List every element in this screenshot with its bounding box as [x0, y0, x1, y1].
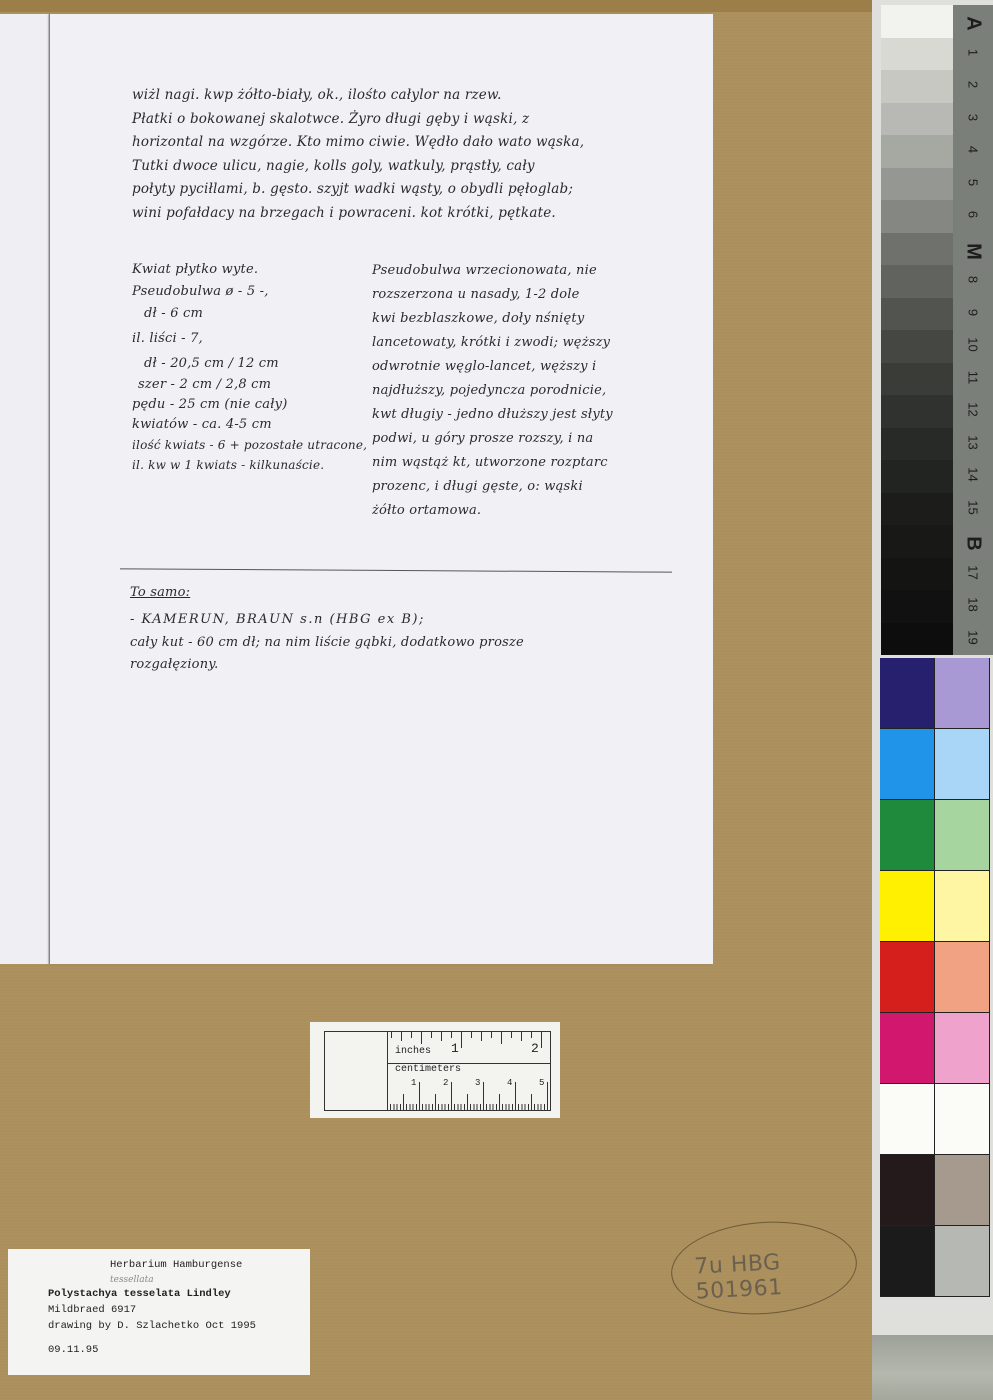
patch-row [880, 729, 990, 800]
inches-label: inches [395, 1046, 431, 1057]
patch-row [880, 800, 990, 871]
color-patch [880, 1226, 935, 1296]
note-line: odwrotnie węglo-lancet, węższy i [372, 355, 613, 379]
note-line: najdłuższy, pojedyncza porodnicie, [372, 379, 613, 403]
board-top-edge [0, 0, 872, 12]
note-line: lancetowaty, krótki i zwodi; węższy [372, 331, 613, 355]
note-line: Płatki o bokowanej skalotwce. Żyro długi… [132, 108, 584, 132]
separator-line [120, 568, 672, 572]
note-line: dł - 20,5 cm / 12 cm [132, 353, 367, 375]
institution-name: Herbarium Hamburgense [110, 1259, 242, 1271]
note-line: podwi, u góry prosze rozszy, i na [372, 427, 613, 451]
color-patch [880, 871, 935, 941]
gray-step [881, 395, 953, 428]
gray-step [881, 363, 953, 396]
ruler-blank-area [325, 1032, 388, 1110]
color-patch [935, 729, 990, 799]
color-patch [935, 1226, 990, 1296]
note-line: Kwiat płytko wyte. [132, 259, 367, 281]
color-calibration-target: A123456M89101112131415B171819 [872, 0, 993, 1400]
note-line: połyty pyciłlami, b. gęsto. szyjt wadki … [132, 178, 584, 202]
gray-step [881, 623, 953, 656]
note-line: ilość kwiats - 6 + pozostałe utracone, [132, 435, 367, 455]
scale-mark: 19 [966, 617, 981, 657]
gray-scale-labels: A123456M89101112131415B171819 [953, 5, 993, 655]
notes-left-column: Kwiat płytko wyte. Pseudobulwa ø - 5 -, … [132, 259, 367, 475]
scale-mark: 15 [966, 487, 981, 527]
gray-step [881, 38, 953, 71]
patch-row [880, 871, 990, 942]
note-line: rozgałęziony. [130, 654, 524, 676]
color-patches [880, 658, 990, 1297]
gray-scale-steps [881, 5, 953, 655]
note-line: kwt długiy - jedno dłuższy jest słyty [372, 403, 613, 427]
color-patch [935, 871, 990, 941]
gray-step [881, 493, 953, 526]
note-line: nim wąstąż kt, utworzone rozptarc [372, 451, 613, 475]
color-patch [935, 800, 990, 870]
ruler-frame: inches 1 2 centimeters 1 2 3 [324, 1031, 551, 1111]
color-patch [880, 1084, 935, 1154]
taxon-name: Polystachya tesselata Lindley [48, 1288, 231, 1300]
drawing-credit: drawing by D. Szlachetko Oct 1995 [48, 1320, 256, 1332]
note-line: wini pofałdacy na brzegach i powraceni. … [132, 202, 584, 226]
scale-ruler: inches 1 2 centimeters 1 2 3 [310, 1022, 560, 1118]
gray-step [881, 460, 953, 493]
note-line: żółto ortamowa. [372, 499, 613, 523]
cm-number: 4 [507, 1078, 512, 1088]
centimeters-label: centimeters [395, 1064, 461, 1075]
barcode-number: 7u HBG 501961 [694, 1245, 873, 1304]
color-patch [880, 1013, 935, 1083]
gray-step [881, 168, 953, 201]
color-patch [880, 658, 935, 728]
patch-row [880, 1013, 990, 1084]
note-line: szer - 2 cm / 2,8 cm [132, 375, 367, 395]
ruler-scale: inches 1 2 centimeters 1 2 3 [387, 1032, 550, 1110]
gray-step [881, 265, 953, 298]
color-patch [935, 1155, 990, 1225]
patch-row [880, 942, 990, 1013]
color-patch [880, 1155, 935, 1225]
note-line: wiżl nagi. kwp żółto-biały, ok., ilośto … [132, 84, 584, 108]
specimen-label: Herbarium Hamburgense tessellata Polysta… [8, 1249, 310, 1375]
note-line: kwiatów - ca. 4-5 cm [132, 415, 367, 435]
note-line: kwi bezblaszkowe, doły nśnięty [372, 307, 613, 331]
label-date: 09.11.95 [48, 1344, 98, 1356]
note-line: Pseudobulwa ø - 5 -, [132, 281, 367, 303]
gray-step [881, 233, 953, 266]
notes-same-section: To samo: - KAMERUN, BRAUN s.n (HBG ex B)… [130, 578, 524, 676]
gray-step [881, 590, 953, 623]
notes-right-column: Pseudobulwa wrzecionowata, nie rozszerzo… [372, 259, 613, 523]
notes-sheet: wiżl nagi. kwp żółto-biały, ok., ilośto … [50, 14, 713, 964]
inch-number: 1 [451, 1041, 459, 1056]
cm-number: 5 [539, 1078, 544, 1088]
color-patch [880, 729, 935, 799]
note-line: rozszerzona u nasady, 1-2 dole [372, 283, 613, 307]
patch-row [880, 1155, 990, 1226]
patch-row [880, 658, 990, 729]
gray-step [881, 428, 953, 461]
handwritten-annotation: tessellata [110, 1275, 154, 1285]
gray-step [881, 298, 953, 331]
herbarium-board: wiżl nagi. kwp żółto-biały, ok., ilośto … [0, 0, 872, 1400]
color-patch [880, 800, 935, 870]
note-line: prozenc, i długi gęste, o: wąski [372, 475, 613, 499]
note-line: horizontal na wzgórze. Kto mimo ciwie. W… [132, 131, 584, 155]
note-line: pędu - 25 cm (nie cały) [132, 395, 367, 415]
section-heading: To samo: [130, 578, 524, 608]
note-line: il. kw w 1 kwiats - kilkunaście. [132, 455, 367, 475]
cm-number: 3 [475, 1078, 480, 1088]
patch-row [880, 1226, 990, 1297]
color-patch [935, 1013, 990, 1083]
cm-number: 1 [411, 1078, 416, 1088]
gray-step [881, 70, 953, 103]
gray-step [881, 330, 953, 363]
gray-step [881, 103, 953, 136]
note-line: Tutki dwoce ulicu, nagie, kolls goly, wa… [132, 155, 584, 179]
note-line: il. liści - 7, [132, 325, 367, 353]
gray-step [881, 5, 953, 38]
color-target-bottom [872, 1335, 993, 1400]
color-patch [935, 658, 990, 728]
scale-mark: 6 [966, 195, 981, 235]
gray-step [881, 135, 953, 168]
note-line: Pseudobulwa wrzecionowata, nie [372, 259, 613, 283]
cm-number: 2 [443, 1078, 448, 1088]
patch-row [880, 1084, 990, 1155]
note-line: cały kut - 60 cm dł; na nim liście gąbki… [130, 632, 524, 654]
notes-paragraph-top: wiżl nagi. kwp żółto-biały, ok., ilośto … [132, 84, 584, 225]
folded-sheet-edge [0, 14, 49, 964]
inch-number: 2 [531, 1041, 539, 1056]
gray-step [881, 200, 953, 233]
gray-step [881, 525, 953, 558]
note-line: dł - 6 cm [132, 303, 367, 325]
color-patch [935, 942, 990, 1012]
color-patch [880, 942, 935, 1012]
gray-step [881, 558, 953, 591]
color-patch [935, 1084, 990, 1154]
collector-number: Mildbraed 6917 [48, 1304, 136, 1316]
note-line: - KAMERUN, BRAUN s.n (HBG ex B); [130, 608, 524, 632]
